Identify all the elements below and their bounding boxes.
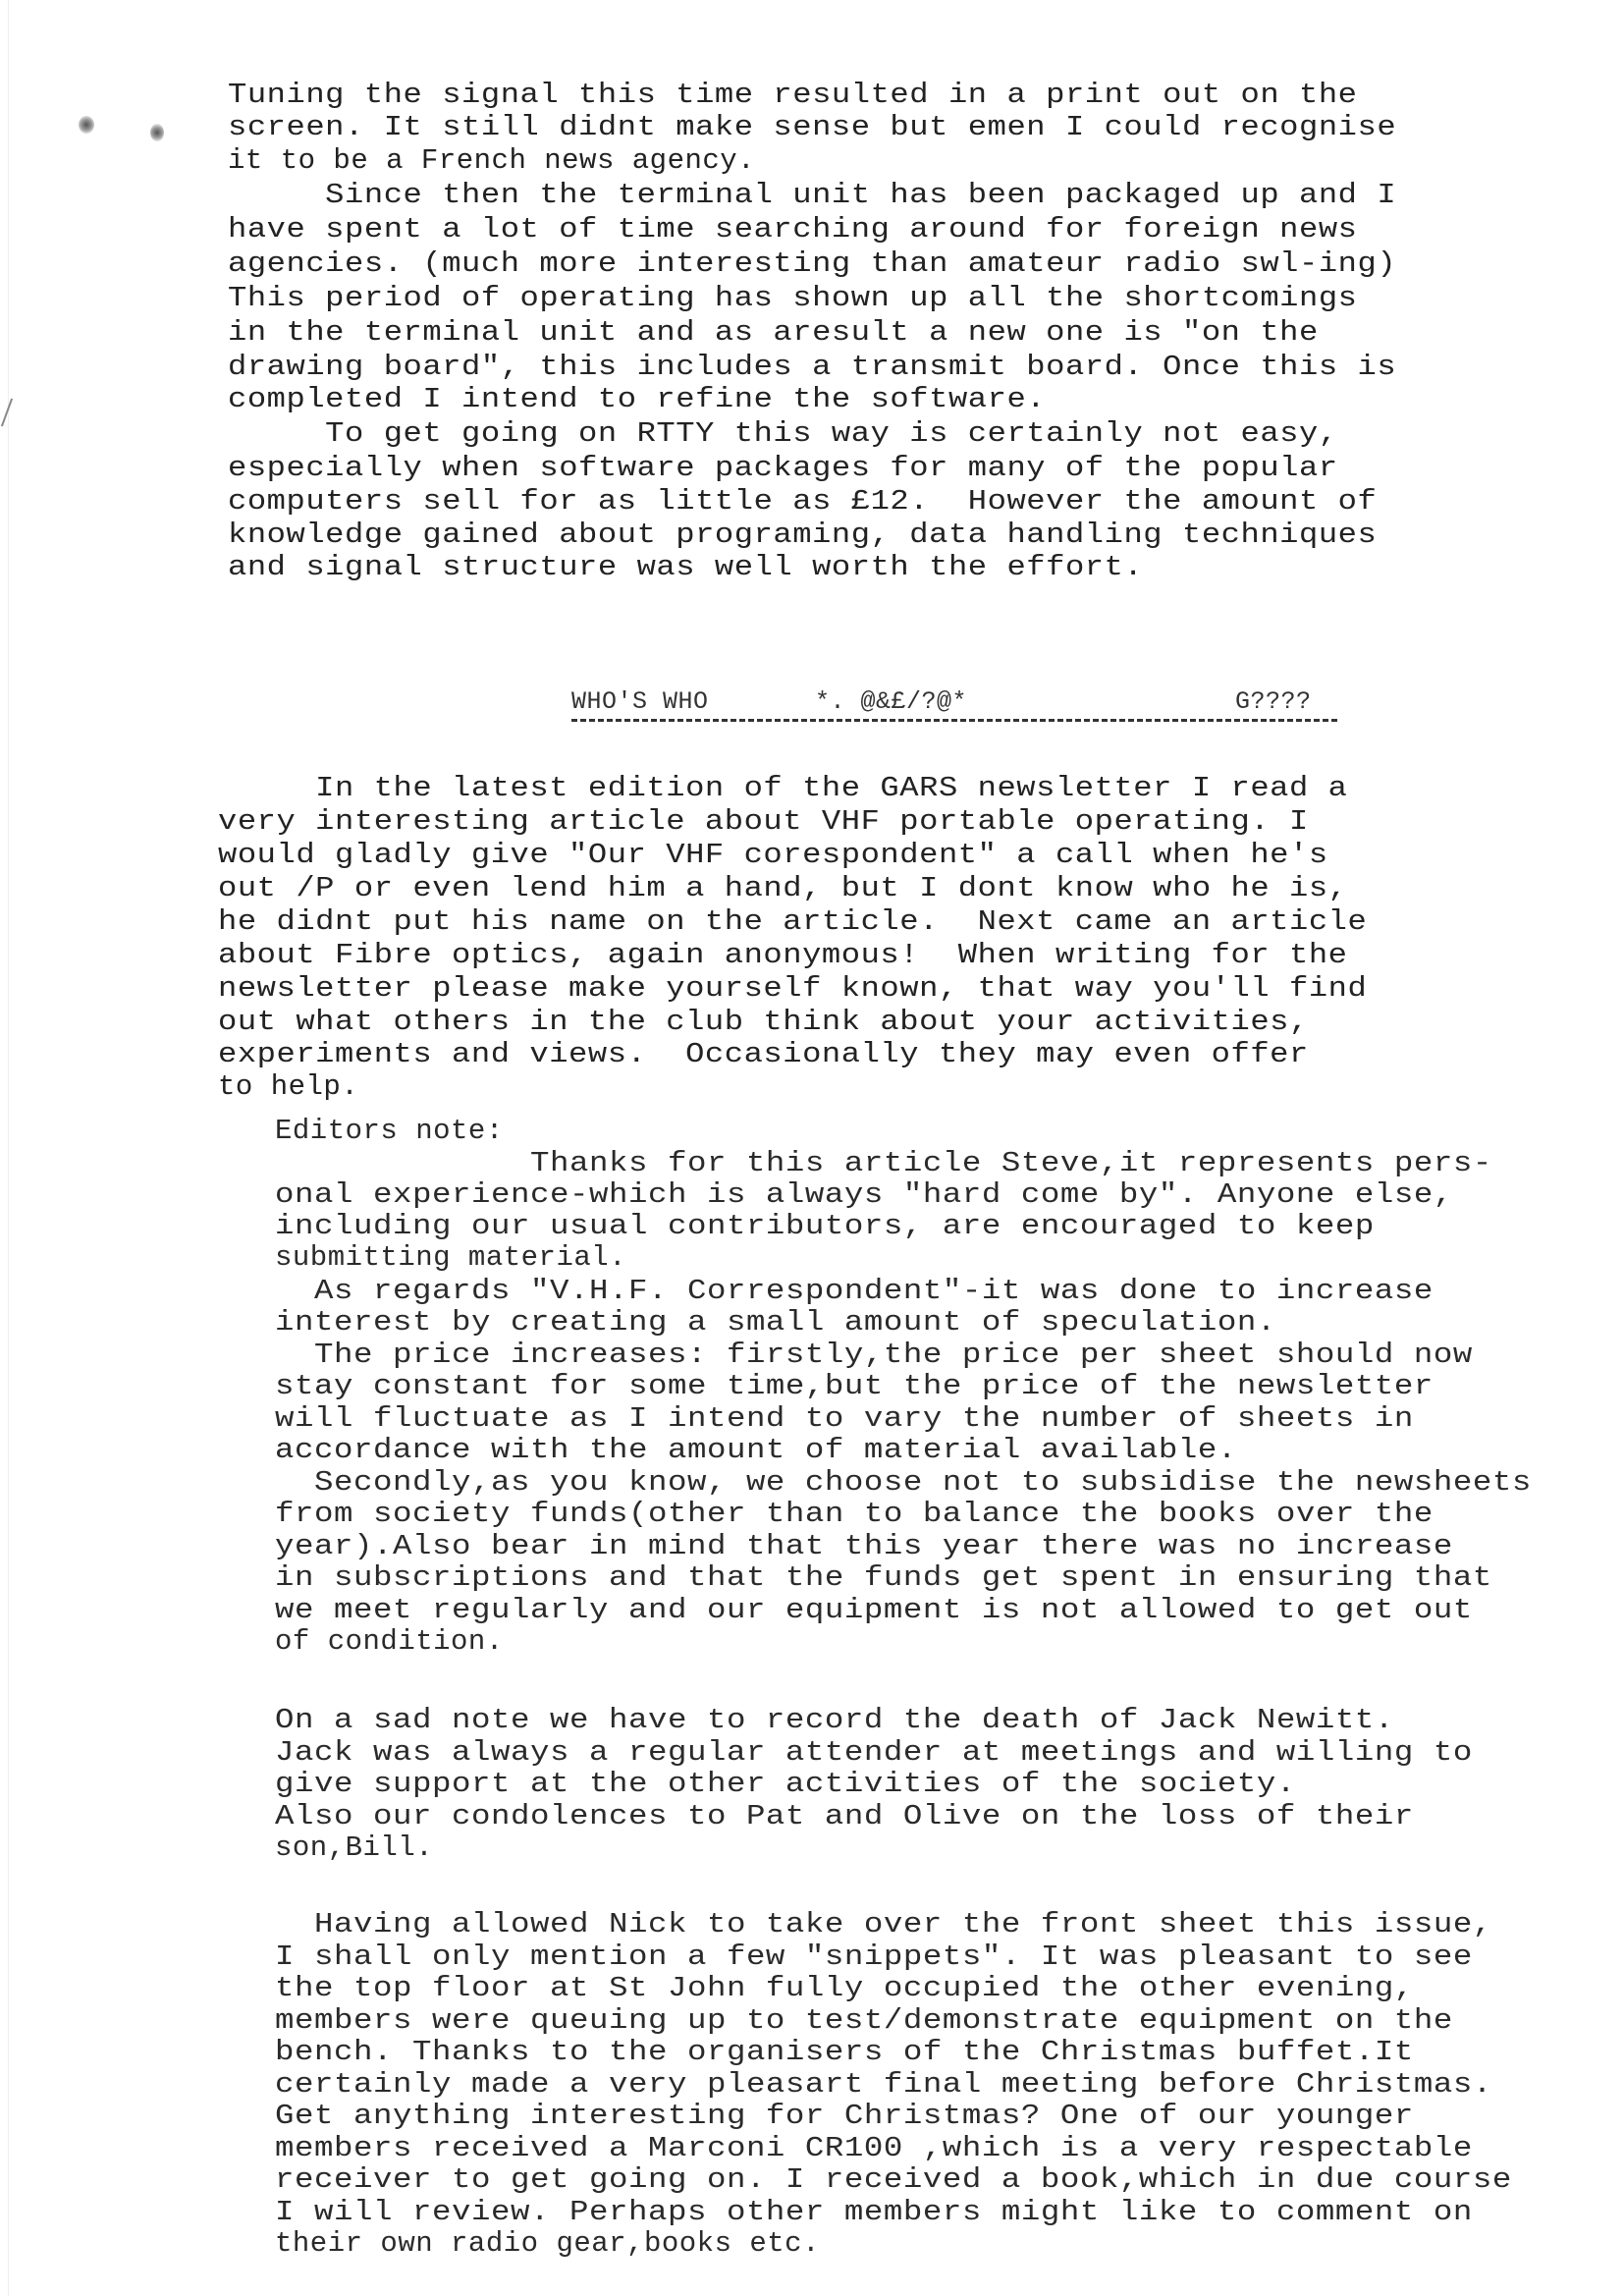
text-line: Secondly,as you know, we choose not to s… [275, 1466, 1532, 1499]
text-line: bench. Thanks to the organisers of the C… [275, 2036, 1414, 2068]
text-line: I shall only mention a few "snippets". I… [275, 1941, 1473, 1973]
editors-note-label: Editors note: [275, 1115, 504, 1147]
typewritten-newsletter-page: Tuning the signal this time resulted in … [0, 0, 1623, 2296]
text-line: onal experience-which is always "hard co… [275, 1178, 1453, 1211]
text-line: year).Also bear in mind that this year t… [275, 1530, 1453, 1562]
text-line: out /P or even lend him a hand, but I do… [218, 872, 1348, 904]
text-line: to help. [218, 1070, 358, 1103]
text-line: In the latest edition of the GARS newsle… [218, 772, 1348, 804]
text-line: Get anything interesting for Christmas? … [275, 2100, 1414, 2132]
text-line: experiments and views. Occasionally they… [218, 1038, 1309, 1070]
text-line: receiver to get going on. I received a b… [275, 2163, 1512, 2196]
text-line: members were queuing up to test/demonstr… [275, 2004, 1453, 2037]
text-line: from society funds(other than to balance… [275, 1498, 1434, 1530]
text-line: As regards "V.H.F. Correspondent"-it was… [275, 1275, 1434, 1307]
text-line: very interesting article about VHF porta… [218, 805, 1309, 838]
text-line: newsletter please make yourself known, t… [218, 972, 1367, 1005]
text-line: of condition. [275, 1625, 504, 1658]
text-line: in the terminal unit and as aresult a ne… [228, 316, 1319, 349]
heading-title: WHO'S WHO [571, 687, 709, 716]
text-line: On a sad note we have to record the deat… [275, 1704, 1394, 1736]
punch-hole-mark [150, 124, 164, 141]
text-line: would gladly give "Our VHF corespondent"… [218, 839, 1328, 871]
text-line: certainly made a very pleasart final mee… [275, 2068, 1492, 2101]
text-line: I will review. Perhaps other members mig… [275, 2196, 1473, 2228]
text-line: give support at the other activities of … [275, 1768, 1296, 1800]
text-line: their own radio gear,books etc. [275, 2227, 820, 2260]
text-line: submitting material. [275, 1241, 626, 1274]
text-line: including our usual contributors, are en… [275, 1210, 1375, 1242]
text-line: we meet regularly and our equipment is n… [275, 1594, 1473, 1626]
text-line: computers sell for as little as £12. How… [228, 485, 1377, 518]
text-line: Since then the terminal unit has been pa… [228, 179, 1396, 211]
text-line: Tuning the signal this time resulted in … [228, 79, 1358, 111]
text-line: screen. It still didnt make sense but em… [228, 111, 1396, 143]
punch-hole-mark [79, 116, 94, 134]
text-line: he didnt put his name on the article. Ne… [218, 905, 1367, 938]
text-line: completed I intend to refine the softwar… [228, 383, 1046, 415]
text-line: Jack was always a regular attender at me… [275, 1736, 1473, 1769]
text-line: have spent a lot of time searching aroun… [228, 213, 1358, 246]
text-line: To get going on RTTY this way is certain… [228, 417, 1338, 450]
text-line: about Fibre optics, again anonymous! Whe… [218, 939, 1348, 971]
heading-symbols: *. @&£/?@* [815, 687, 967, 716]
heading-callsign: G???? [1235, 687, 1312, 716]
text-line: Also our condolences to Pat and Olive on… [275, 1800, 1414, 1832]
text-line: it to be a French news agency. [228, 144, 755, 177]
text-line: This period of operating has shown up al… [228, 282, 1358, 314]
text-line: knowledge gained about programing, data … [228, 519, 1377, 551]
text-line: members received a Marconi CR100 ,which … [275, 2132, 1473, 2164]
margin-pencil-mark [1, 399, 13, 427]
text-line: interest by creating a small amount of s… [275, 1306, 1276, 1339]
text-line: out what others in the club think about … [218, 1006, 1309, 1038]
text-line: Thanks for this article Steve,it represe… [275, 1147, 1492, 1179]
text-line: son,Bill. [275, 1831, 433, 1864]
text-line: especially when software packages for ma… [228, 452, 1338, 484]
text-line: in subscriptions and that the funds get … [275, 1561, 1492, 1594]
text-line: will fluctuate as I intend to vary the n… [275, 1402, 1414, 1435]
text-line: The price increases: firstly,the price p… [275, 1339, 1473, 1371]
scan-edge [8, 0, 9, 2296]
heading-underline [571, 719, 1337, 722]
text-line: drawing board", this includes a transmit… [228, 351, 1396, 383]
text-line: agencies. (much more interesting than am… [228, 247, 1396, 280]
text-line: the top floor at St John fully occupied … [275, 1972, 1414, 2004]
text-line: accordance with the amount of material a… [275, 1434, 1237, 1466]
text-line: Having allowed Nick to take over the fro… [275, 1908, 1492, 1941]
text-line: and signal structure was well worth the … [228, 551, 1143, 583]
text-line: stay constant for some time,but the pric… [275, 1370, 1434, 1402]
